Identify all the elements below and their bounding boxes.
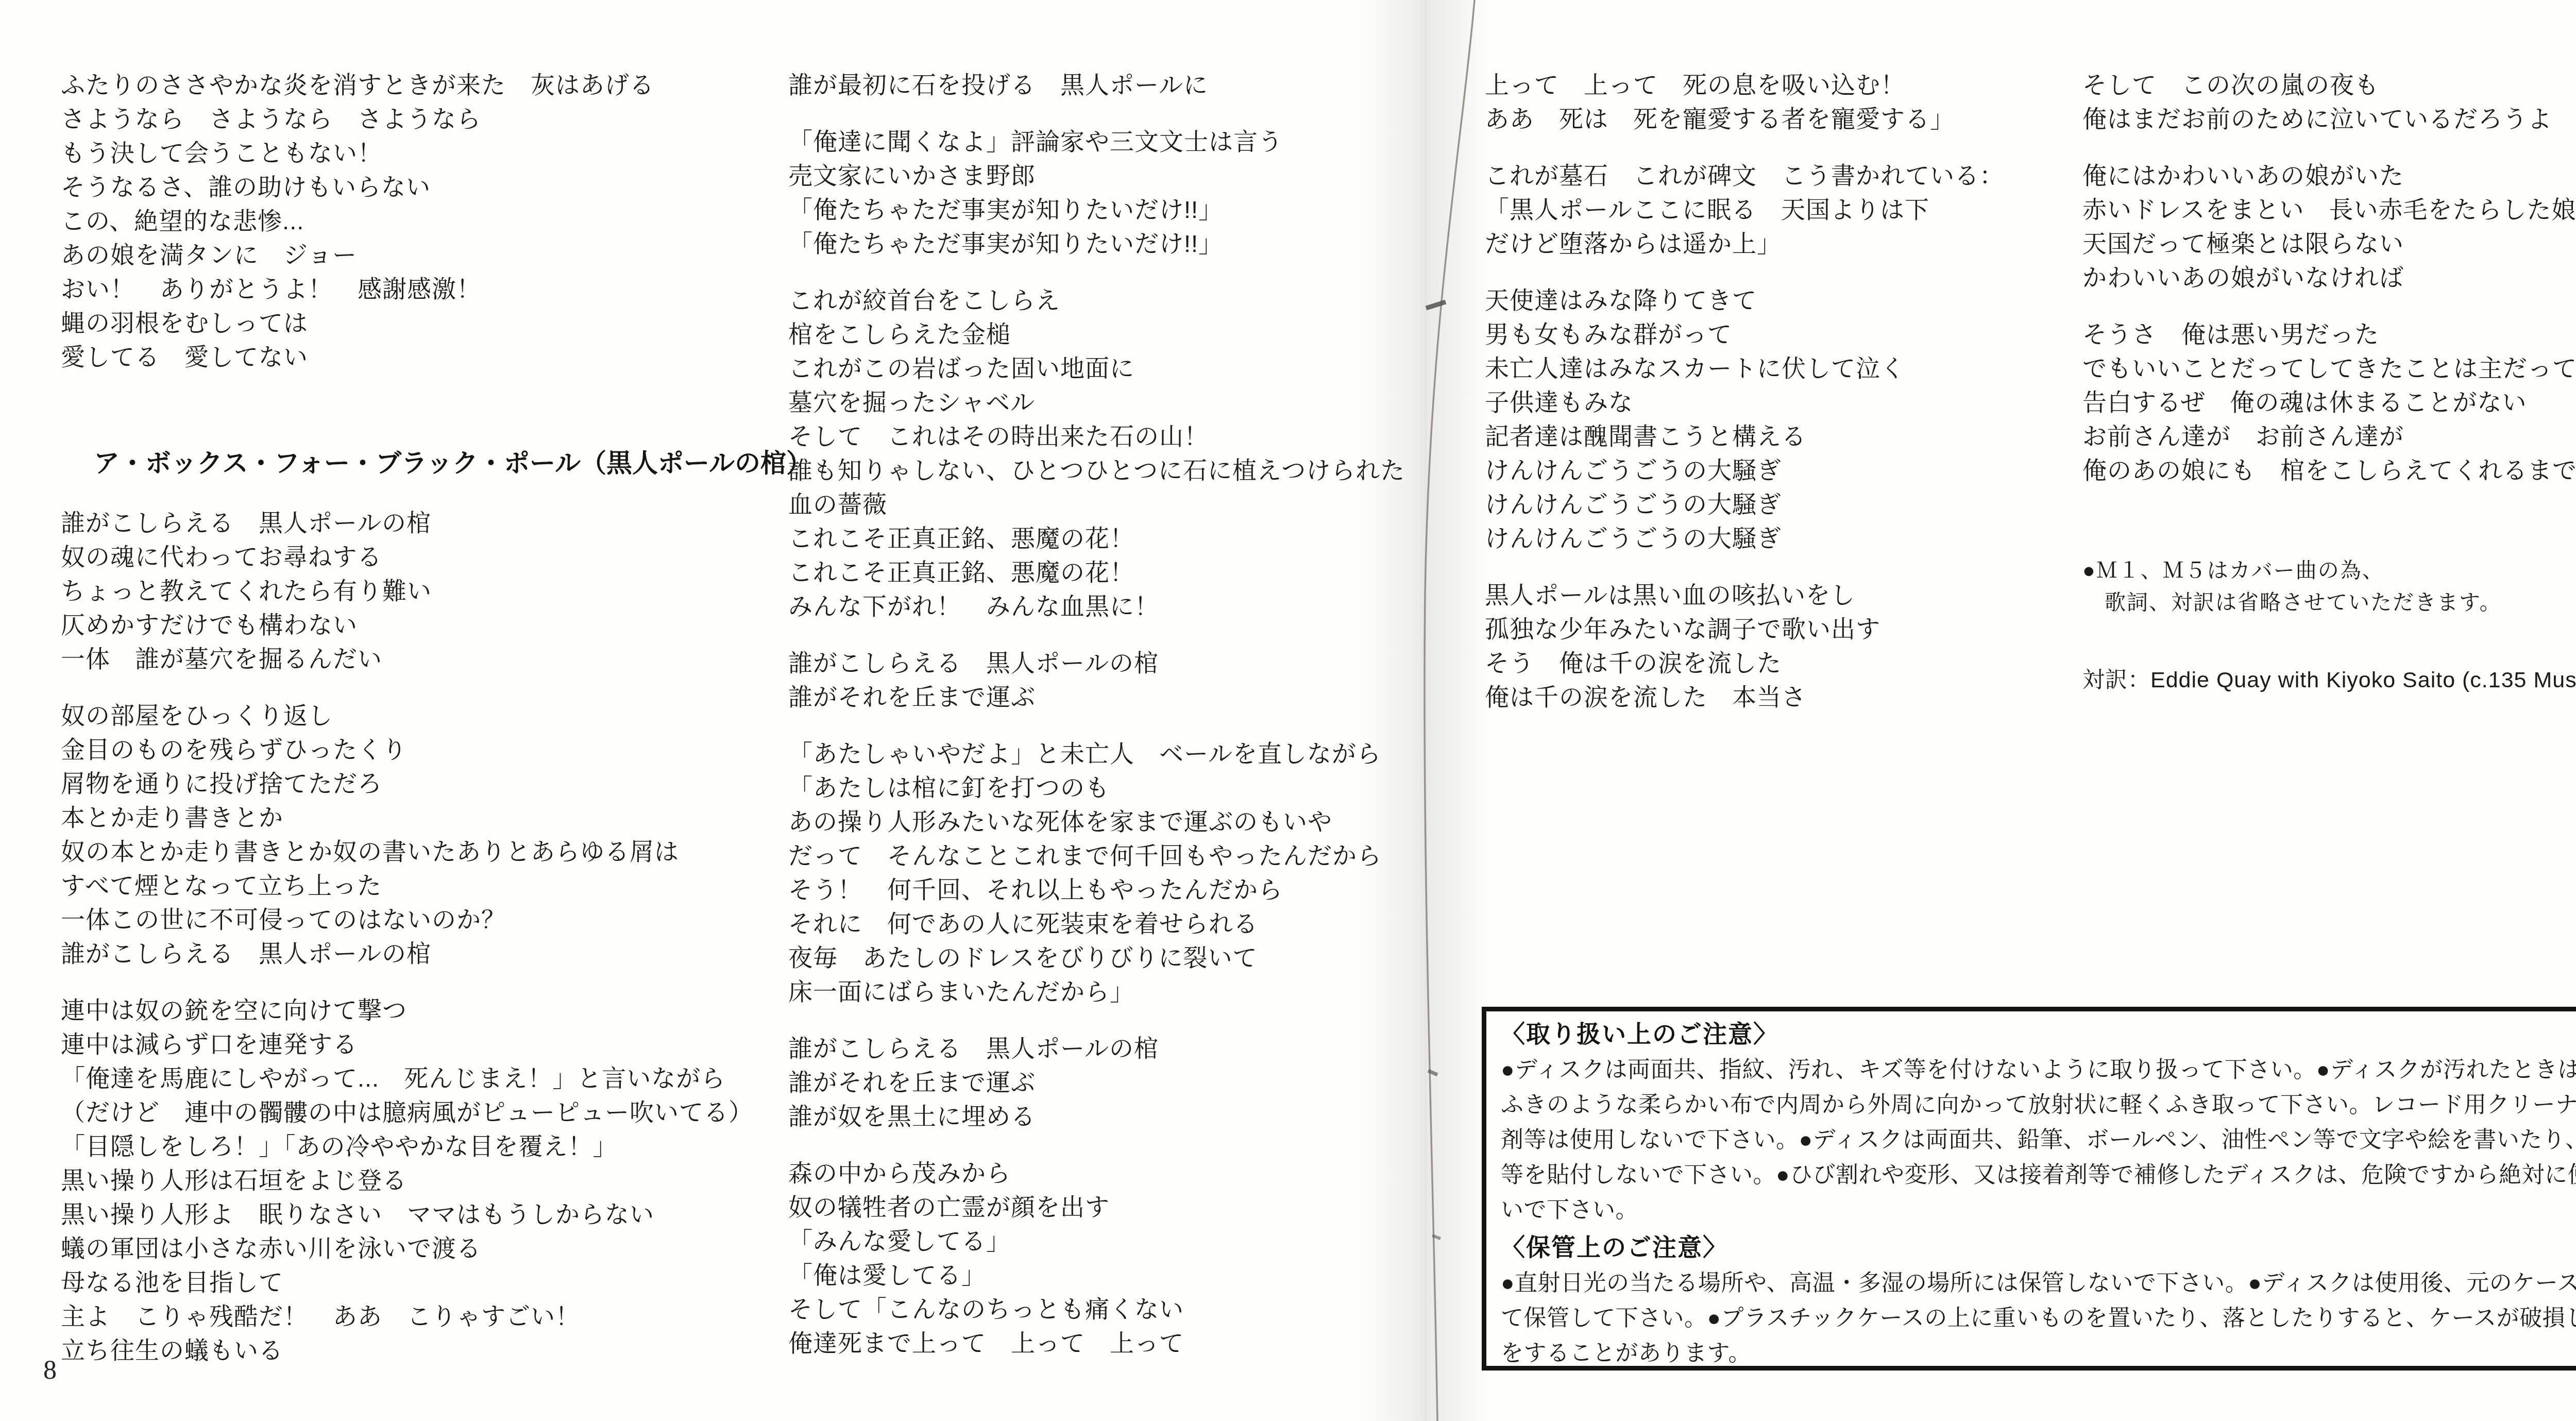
text-line: 棺をこしらえた金槌 xyxy=(788,317,1405,351)
text-line: かわいいあの娘がいなければ xyxy=(2082,261,2576,295)
text-line: ちょっと教えてくれたら有り難い xyxy=(61,574,812,608)
text-line: 「俺たちゃただ事実が知りたいだけ!!」 xyxy=(788,193,1405,227)
text-line: 黒人ポールは黒い血の咳払いをし xyxy=(1485,578,2004,612)
text-line: 「黒人ポールここに眠る 天国よりは下 xyxy=(1485,193,2004,227)
booklet-spread-scan: { "left_page": { "page_number": "8", "co… xyxy=(0,0,2576,1421)
text-line: 上って 上って 死の息を吸い込む！ xyxy=(1485,68,2004,102)
text-line: 屑物を通りに投げ捨てただろ xyxy=(61,767,812,801)
lyrics-black-paul-verses: 誰がこしらえる 黒人ポールの棺奴の魂に代わってお尋ねするちょっと教えてくれたら有… xyxy=(61,506,812,1367)
text-line: 連中は減らず口を連発する xyxy=(61,1027,812,1061)
text-line: 「俺達に聞くなよ」評論家や三文文士は言う xyxy=(788,125,1405,159)
text-line: 「あたしゃいやだよ」と未亡人 ベールを直しながら xyxy=(788,737,1405,771)
text-line: 「あたしは棺に釘を打つのも xyxy=(788,771,1405,805)
text-line: だけど堕落からは遥か上」 xyxy=(1485,227,2004,261)
text-line: 夜毎 あたしのドレスをびりびりに裂いて xyxy=(788,941,1405,975)
text-line: 床一面にばらまいたんだから」 xyxy=(788,975,1405,1009)
text-line: ●直射日光の当たる場所や、高温・多湿の場所には保管しないで下さい。●ディスクは使… xyxy=(1501,1266,2576,1301)
text-line: ああ 死は 死を寵愛する者を寵愛する」 xyxy=(1485,102,2004,136)
text-line: 記者達は醜聞書こうと構える xyxy=(1485,419,2004,453)
handling-notice-text: ●ディスクは両面共、指紋、汚れ、キズ等を付けないように取り扱って下さい。●ディス… xyxy=(1501,1053,2576,1228)
stanza-gap xyxy=(1485,261,2004,283)
text-line: 剤等は使用しないで下さい。●ディスクは両面共、鉛筆、ボールペン、油性ペン等で文字… xyxy=(1501,1123,2576,1158)
text-line: 黒い操り人形よ 眠りなさい ママはもうしからない xyxy=(61,1197,812,1231)
text-line: 仄めかすだけでも構わない xyxy=(61,608,812,642)
text-line: そして これはその時出来た石の山！ xyxy=(788,419,1405,453)
text-line: けんけんごうごうの大騒ぎ xyxy=(1485,487,2004,521)
text-line: ふたりのささやかな炎を消すときが来た 灰はあげる xyxy=(61,68,812,102)
text-line: 一体 誰が墓穴を掘るんだい xyxy=(61,642,812,676)
lyrics-column-1: ふたりのささやかな炎を消すときが来た 灰はあげるさようなら さようなら さような… xyxy=(61,68,812,1367)
lyrics-stanza-goodbye: ふたりのささやかな炎を消すときが来た 灰はあげるさようなら さようなら さような… xyxy=(61,68,812,374)
text-line: 奴の部屋をひっくり返し xyxy=(61,699,812,733)
text-line: あの娘を満タンに ジョー xyxy=(61,238,812,272)
storage-notice-text: ●直射日光の当たる場所や、高温・多湿の場所には保管しないで下さい。●ディスクは使… xyxy=(1501,1266,2576,1371)
cover-song-note: ●Ｍ１、Ｍ５はカバー曲の為、 歌詞、対訳は省略させていただきます。 xyxy=(2082,554,2576,618)
lyrics-column-4-verses: そして この次の嵐の夜も俺はまだお前のために泣いているだろうよ俺にはかわいいあの… xyxy=(2082,68,2576,487)
center-fold-shade-right xyxy=(1427,0,1489,1421)
text-line: 俺にはかわいいあの娘がいた xyxy=(2082,159,2576,193)
text-line: 愛してる 愛してない xyxy=(61,340,812,374)
text-line: 告白するぜ 俺の魂は休まることがない xyxy=(2082,385,2576,419)
stanza-gap xyxy=(1485,136,2004,159)
text-line: ●ディスクは両面共、指紋、汚れ、キズ等を付けないように取り扱って下さい。●ディス… xyxy=(1501,1053,2576,1088)
text-line: お前さん達が お前さん達が xyxy=(2082,419,2576,453)
text-line: 誰も知りゃしない、ひとつひとつに石に植えつけられた xyxy=(788,453,1405,487)
text-line: だって そんなことこれまで何千回もやったんだから xyxy=(788,839,1405,873)
stanza-gap xyxy=(2082,295,2576,317)
text-line: 母なる池を目指して xyxy=(61,1265,812,1299)
stanza-gap xyxy=(788,1009,1405,1031)
text-line: そして この次の嵐の夜も xyxy=(2082,68,2576,102)
lyrics-column-3: 上って 上って 死の息を吸い込む！ああ 死は 死を寵愛する者を寵愛する」これが墓… xyxy=(1485,68,2004,714)
stanza-gap xyxy=(1485,555,2004,578)
text-line: そして「こんなのちっとも痛くない xyxy=(788,1292,1405,1326)
text-line: そう！ 何千回、それ以上もやったんだから xyxy=(788,873,1405,907)
text-line: 俺はまだお前のために泣いているだろうよ xyxy=(2082,102,2576,136)
text-line: 誰がこしらえる 黒人ポールの棺 xyxy=(788,646,1405,680)
text-line: 黒い操り人形は石垣をよじ登る xyxy=(61,1163,812,1197)
text-line: 蟻の軍団は小さな赤い川を泳いで渡る xyxy=(61,1231,812,1265)
text-line: 誰がこしらえる 黒人ポールの棺 xyxy=(788,1031,1405,1065)
lyrics-column-3-verses: 上って 上って 死の息を吸い込む！ああ 死は 死を寵愛する者を寵愛する」これが墓… xyxy=(1485,68,2004,714)
text-line: 俺のあの娘にも 棺をこしらえてくれるまでは xyxy=(2082,453,2576,487)
text-line: 「俺は愛してる」 xyxy=(788,1258,1405,1292)
text-line: 天使達はみな降りてきて xyxy=(1485,283,2004,317)
text-line: これこそ正真正銘、悪魔の花！ xyxy=(788,555,1405,589)
text-line: 歌詞、対訳は省略させていただきます。 xyxy=(2082,586,2576,618)
text-line: 連中は奴の銃を空に向けて撃つ xyxy=(61,993,812,1027)
stanza-gap xyxy=(788,714,1405,737)
text-line: 子供達もみな xyxy=(1485,385,2004,419)
text-line: 誰が奴を黒土に埋める xyxy=(788,1099,1405,1134)
care-instructions-box: 〈取り扱い上のご注意〉 ●ディスクは両面共、指紋、汚れ、キズ等を付けないように取… xyxy=(1482,1007,2576,1371)
text-line: それに 何であの人に死装束を着せられる xyxy=(788,907,1405,941)
text-line: 金目のものを残らずひったくり xyxy=(61,733,812,767)
text-line: 主よ こりゃ残酷だ！ ああ こりゃすごい！ xyxy=(61,1299,812,1333)
text-line: 奴の犠牲者の亡霊が顔を出す xyxy=(788,1190,1405,1224)
text-line: あの操り人形みたいな死体を家まで運ぶのもいや xyxy=(788,805,1405,839)
text-line: ふきのような柔らかい布で内周から外周に向かって放射状に軽くふき取って下さい。レコ… xyxy=(1501,1088,2576,1123)
text-line: 蝿の羽根をむしっては xyxy=(61,306,812,340)
text-line: これがこの岩ばった固い地面に xyxy=(788,351,1405,385)
text-line: けんけんごうごうの大騒ぎ xyxy=(1485,453,2004,487)
text-line: これが墓石 これが碑文 こう書かれている： xyxy=(1485,159,2004,193)
page-number: 8 xyxy=(43,1355,57,1385)
stanza-gap xyxy=(788,102,1405,125)
text-line: 墓穴を掘ったシャベル xyxy=(788,385,1405,419)
text-line: 奴の本とか走り書きとか奴の書いたありとあらゆる屑は xyxy=(61,835,812,869)
text-line: そうさ 俺は悪い男だった xyxy=(2082,317,2576,351)
text-line: 赤いドレスをまとい 長い赤毛をたらした娘 xyxy=(2082,193,2576,227)
stanza-gap xyxy=(61,971,812,993)
text-line: 孤独な少年みたいな調子で歌い出す xyxy=(1485,612,2004,646)
text-line: 等を貼付しないで下さい。●ひび割れや変形、又は接着剤等で補修したディスクは、危険… xyxy=(1501,1158,2576,1193)
text-line: みんな下がれ！ みんな血黒に！ xyxy=(788,589,1405,623)
stanza-gap xyxy=(788,261,1405,283)
text-line: （だけど 連中の髑髏の中は臆病風がピューピュー吹いてる） xyxy=(61,1095,812,1129)
stanza-gap xyxy=(788,623,1405,646)
text-line: 一体この世に不可侵ってのはないのか？ xyxy=(61,903,812,937)
text-line: 森の中から茂みから xyxy=(788,1156,1405,1190)
text-line: 誰が最初に石を投げる 黒人ポールに xyxy=(788,68,1405,102)
text-line: 血の薔薇 xyxy=(788,487,1405,521)
text-line: 奴の魂に代わってお尋ねする xyxy=(61,540,812,574)
text-line: 未亡人達はみなスカートに伏して泣く xyxy=(1485,351,2004,385)
text-line: 俺達死まで上って 上って 上って xyxy=(788,1326,1405,1360)
translator-credit: 対訳：Eddie Quay with Kiyoko Saito (c.135 M… xyxy=(2082,663,2576,694)
text-line: 立ち往生の蟻もいる xyxy=(61,1333,812,1367)
stanza-gap xyxy=(61,676,812,699)
text-line: そうなるさ、誰の助けもいらない xyxy=(61,170,812,204)
stanza-gap xyxy=(2082,136,2576,159)
text-line: て保管して下さい。●プラスチックケースの上に重いものを置いたり、落としたりすると… xyxy=(1501,1301,2576,1336)
text-line: 俺は千の涙を流した 本当さ xyxy=(1485,680,2004,714)
text-line: 天国だって極楽とは限らない xyxy=(2082,227,2576,261)
text-line: 売文家にいかさま野郎 xyxy=(788,159,1405,193)
text-line: 「俺達を馬鹿にしやがって... 死んじまえ！」と言いながら xyxy=(61,1061,812,1095)
text-line: この、絶望的な悲惨... xyxy=(61,204,812,238)
text-line: もう決して会うこともない！ xyxy=(61,136,812,170)
text-line: 誰がこしらえる 黒人ポールの棺 xyxy=(61,937,812,971)
text-line: 「みんな愛してる」 xyxy=(788,1224,1405,1258)
song-title-heading: ア・ボックス・フォー・ブラック・ポール（黒人ポールの棺） xyxy=(94,446,812,480)
lyrics-column-2-verses: 誰が最初に石を投げる 黒人ポールに「俺達に聞くなよ」評論家や三文文士は言う売文家… xyxy=(788,68,1405,1360)
text-line: けんけんごうごうの大騒ぎ xyxy=(1485,521,2004,555)
text-line: さようなら さようなら さようなら xyxy=(61,102,812,136)
storage-notice-title: 〈保管上のご注意〉 xyxy=(1501,1232,2576,1263)
text-line: 男も女もみな群がって xyxy=(1485,317,2004,351)
text-line: これが絞首台をこしらえ xyxy=(788,283,1405,317)
text-line: をすることがあります。 xyxy=(1501,1336,2576,1371)
text-line: 誰がそれを丘まで運ぶ xyxy=(788,680,1405,714)
text-line: 「目隠しをしろ！」「あの冷ややかな目を覆え！」 xyxy=(61,1129,812,1163)
text-line: おい！ ありがとうよ！ 感謝感激！ xyxy=(61,272,812,306)
lyrics-column-4: そして この次の嵐の夜も俺はまだお前のために泣いているだろうよ俺にはかわいいあの… xyxy=(2082,68,2576,694)
text-line: これこそ正真正銘、悪魔の花！ xyxy=(788,521,1405,555)
text-line: そう 俺は千の涙を流した xyxy=(1485,646,2004,680)
handling-notice-title: 〈取り扱い上のご注意〉 xyxy=(1501,1019,2576,1050)
text-line: でもいいことだってしてきたことは主だってお見通し xyxy=(2082,351,2576,385)
text-line: 本とか走り書きとか xyxy=(61,801,812,835)
text-line: 誰がそれを丘まで運ぶ xyxy=(788,1065,1405,1099)
lyrics-column-2: 誰が最初に石を投げる 黒人ポールに「俺達に聞くなよ」評論家や三文文士は言う売文家… xyxy=(788,68,1405,1360)
text-line: いで下さい。 xyxy=(1501,1193,2576,1228)
text-line: ●Ｍ１、Ｍ５はカバー曲の為、 xyxy=(2082,554,2576,586)
text-line: 誰がこしらえる 黒人ポールの棺 xyxy=(61,506,812,540)
text-line: すべて煙となって立ち上った xyxy=(61,869,812,903)
stanza-gap xyxy=(788,1134,1405,1156)
text-line: 「俺たちゃただ事実が知りたいだけ!!」 xyxy=(788,227,1405,261)
